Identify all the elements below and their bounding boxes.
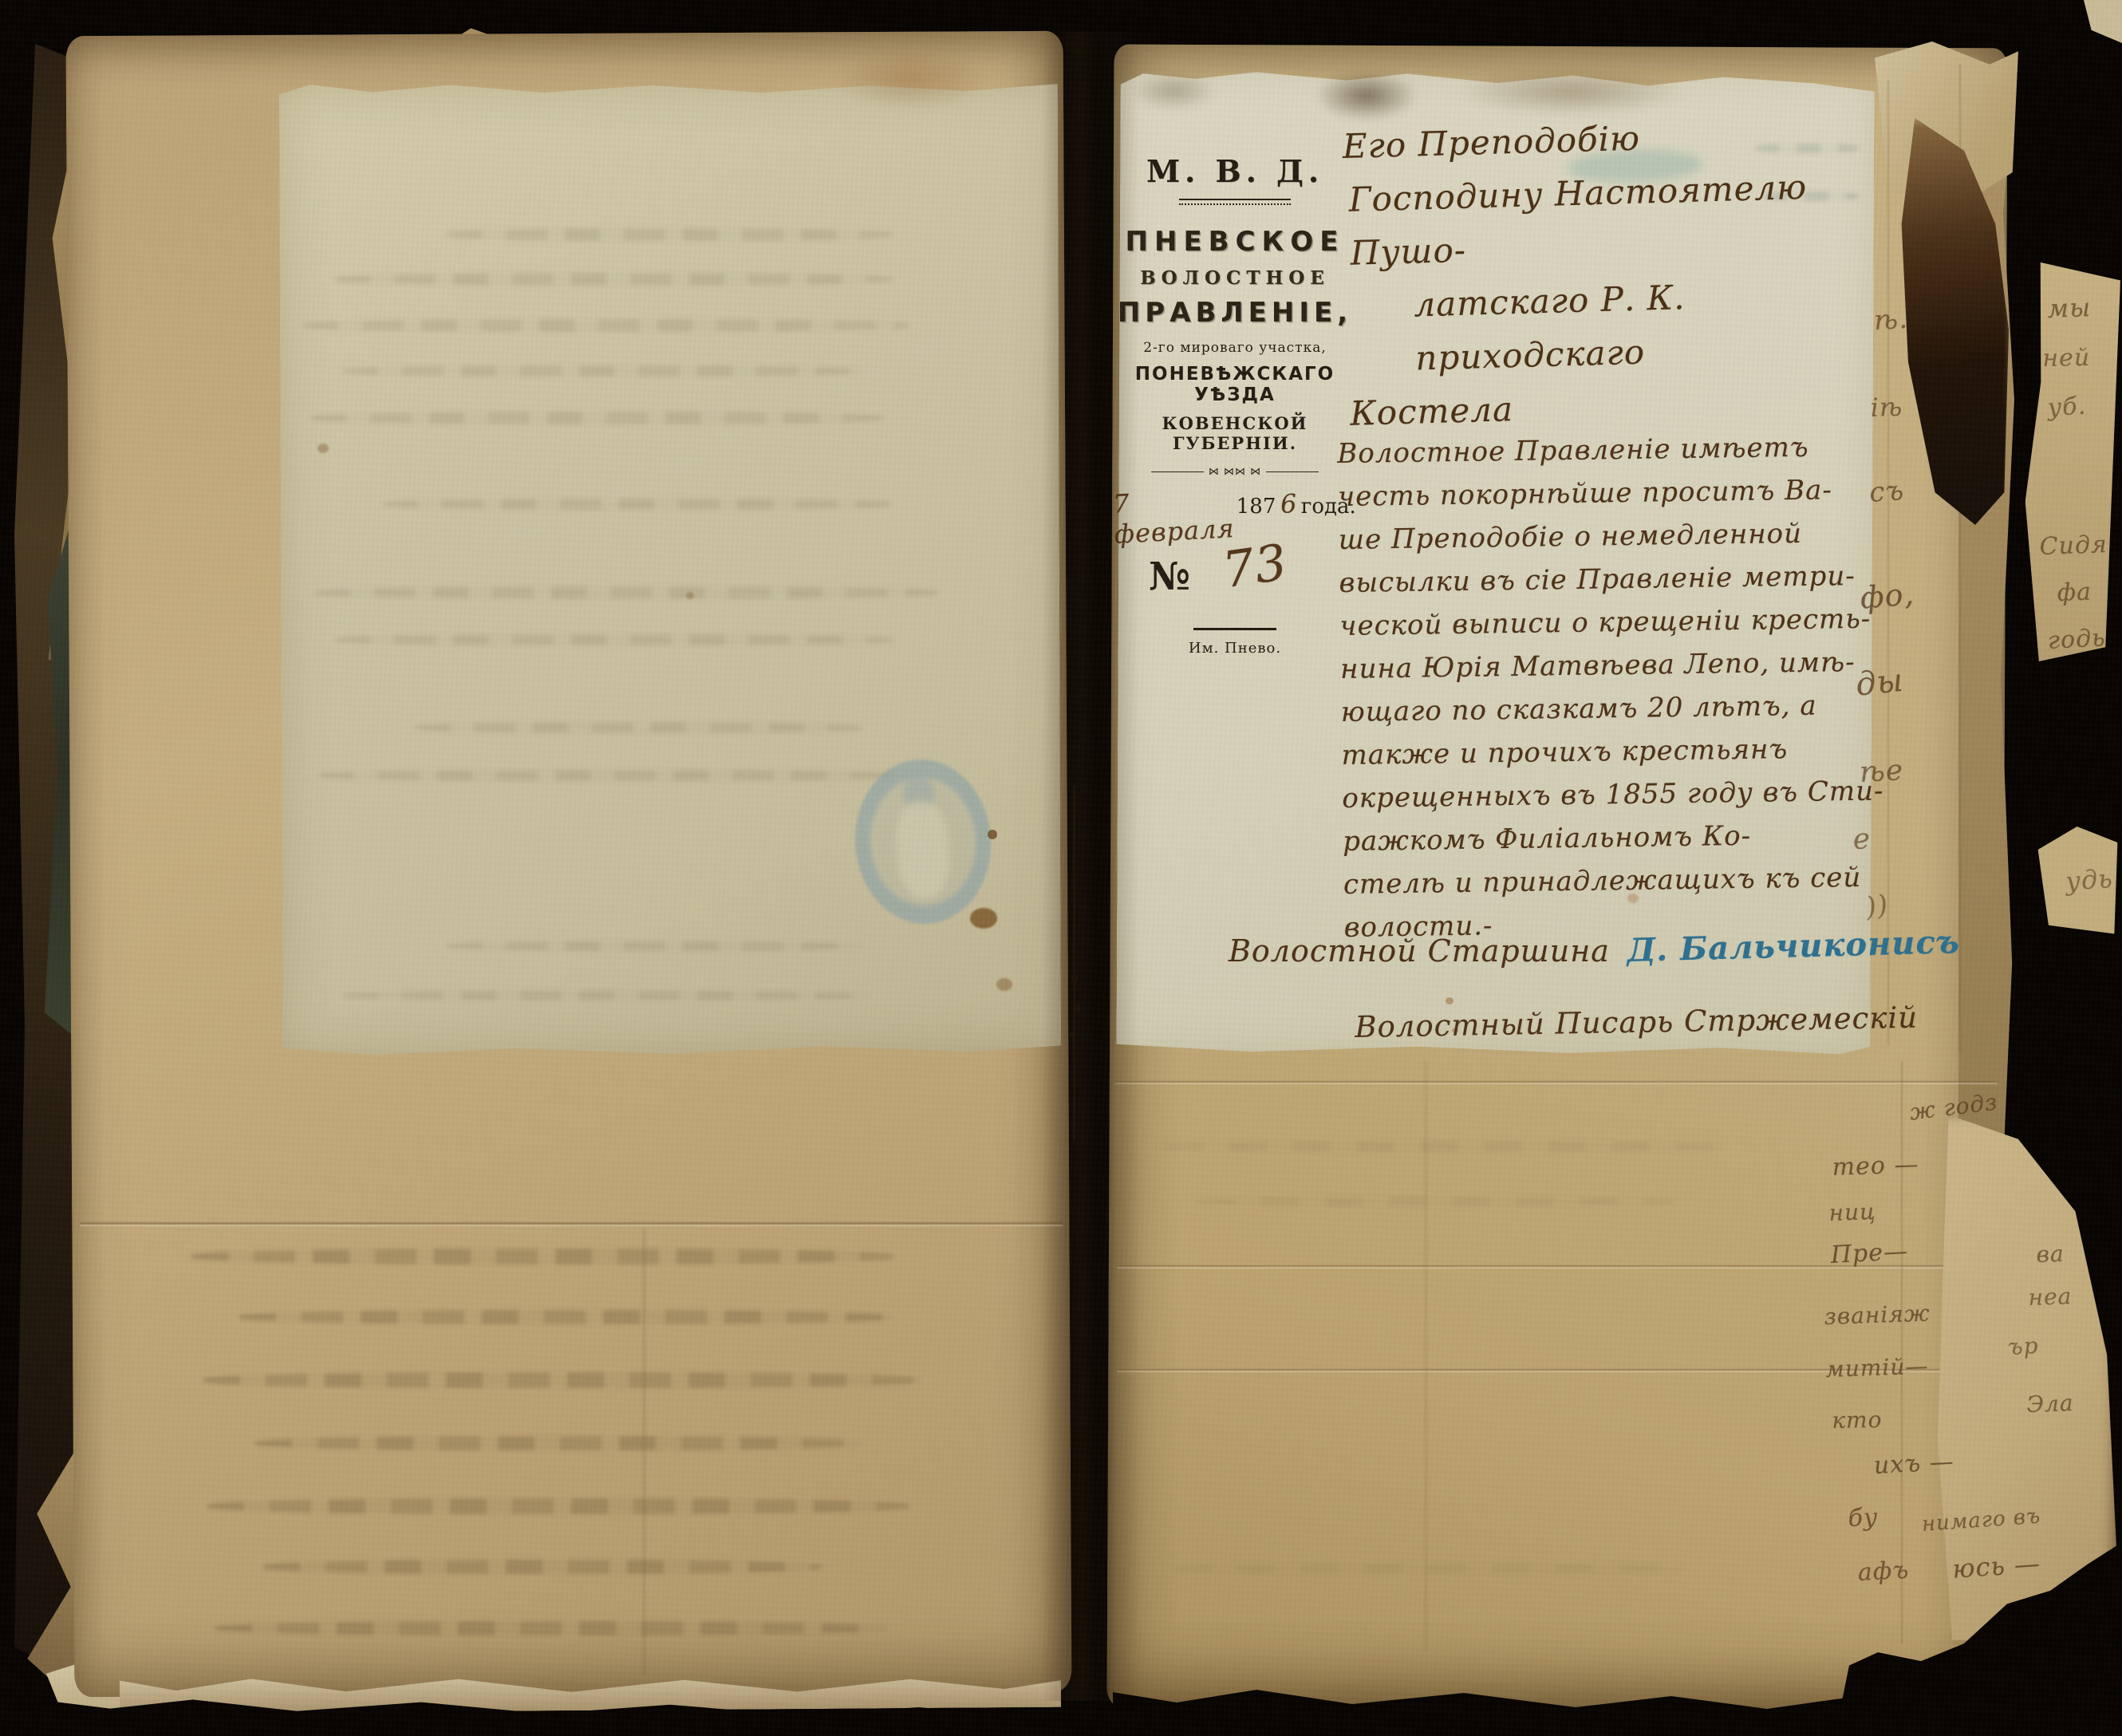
gutter-line: [1073, 786, 1075, 1141]
year-printed: 187: [1237, 495, 1276, 519]
uyezd-line: ПОНЕВѢЖСКАГО УѢЗДА: [1115, 364, 1355, 405]
crease-line: [643, 1229, 645, 1675]
letterhead-rule-thick: [1193, 628, 1276, 630]
crease-line: [80, 1225, 1063, 1226]
body-line: честь покорнѣйше проситъ Ва-: [1338, 468, 1905, 519]
letterhead-rule: [1179, 199, 1291, 205]
fox-spot: [686, 592, 694, 599]
body-line: нина Юрія Матвѣева Лепо, имѣ-: [1340, 640, 1907, 691]
elder-signature-line: Волостной Старшина Д. Бальчиконисъ: [1229, 932, 1959, 969]
address-line: Господину Настоятелю Пушо-: [1348, 158, 1896, 280]
letter-singe: [1315, 70, 1418, 121]
fox-spot: [970, 908, 997, 929]
page-edge-line: [1901, 1061, 1903, 1643]
letter-singe: [1130, 72, 1217, 110]
body-line: Волостное Правленіе имѣетъ: [1337, 424, 1904, 475]
body-line: ше Преподобіе о немедленной: [1339, 511, 1906, 562]
office-name-line3: ПРАВЛЕНІЕ,: [1115, 297, 1355, 329]
document-number: № 73: [1149, 554, 1355, 623]
crease-line: [1117, 1371, 1994, 1372]
ministry-abbreviation: М. В. Д.: [1115, 153, 1355, 189]
right-scrap: [2037, 825, 2121, 936]
elder-stamp-signature: Д. Бальчиконисъ: [1627, 923, 1960, 969]
body-line: ческой выписи о крещеніи кресть-: [1339, 597, 1907, 648]
guberniya-line: КОВЕНСКОЙ ГУБЕРНІИ.: [1115, 413, 1355, 453]
body-line: также и прочихъ крестьянъ: [1341, 726, 1908, 777]
ornament-divider: ⋈ ⋈⋈ ⋈: [1115, 466, 1355, 478]
ornament-bar: [1266, 471, 1319, 472]
fox-spot: [1446, 997, 1453, 1004]
body-line: ющаго по сказкамъ 20 лѣтъ, а: [1341, 683, 1908, 734]
top-edge-stain: [836, 48, 988, 112]
ornament-bar: [1151, 471, 1204, 472]
body-line: стелѣ и принадлежащихъ къ сей: [1343, 855, 1911, 906]
ornament-glyphs: ⋈ ⋈⋈ ⋈: [1209, 466, 1261, 478]
crease-line: [1425, 1061, 1427, 1651]
fox-spot: [318, 444, 329, 453]
office-name-line1: ПНЕВСКОЕ: [1115, 226, 1355, 258]
stitch-knot: [1075, 1004, 1080, 1013]
year-handwritten: 6: [1280, 488, 1298, 519]
office-name-line2: ВОЛОСТНОЕ: [1115, 267, 1355, 289]
number-sign: №: [1149, 554, 1190, 599]
body-line: высылки въ сіе Правленіе метри-: [1339, 554, 1906, 605]
number-value: 73: [1219, 533, 1291, 600]
fox-spot: [996, 978, 1012, 991]
address-block: Его ПреподобіюГосподину Настоятелю Пушо-…: [1342, 105, 1901, 440]
body-line: окрещенныхъ въ 1855 году въ Сти-: [1342, 769, 1909, 820]
far-right-strip: [2021, 262, 2120, 664]
stitch-knot: [1071, 975, 1078, 983]
letterhead: М. В. Д. ПНЕВСКОЕ ВОЛОСТНОЕ ПРАВЛЕНІЕ, 2…: [1115, 153, 1355, 657]
place-line: Им. Пнево.: [1115, 640, 1355, 657]
crease-line: [1115, 1083, 1998, 1084]
address-line: латскаго Р. К. приходскаго: [1414, 265, 1900, 385]
elder-title: Волостной Старшина: [1229, 933, 1610, 969]
body-text: Волостное Правленіе имѣетъчесть покорнѣй…: [1337, 424, 1911, 949]
letter-singe: [1460, 69, 1683, 115]
date-handwritten: 7 февраля: [1112, 483, 1236, 550]
stitch-knot: [1070, 1031, 1076, 1039]
fox-spot: [988, 830, 997, 839]
top-right-scrap: [2084, 0, 2122, 43]
body-line: ражкомъ Филіальномъ Ко-: [1343, 812, 1910, 863]
district-line: 2-го мироваго участка,: [1115, 340, 1355, 356]
crease-line: [1117, 1267, 1970, 1268]
